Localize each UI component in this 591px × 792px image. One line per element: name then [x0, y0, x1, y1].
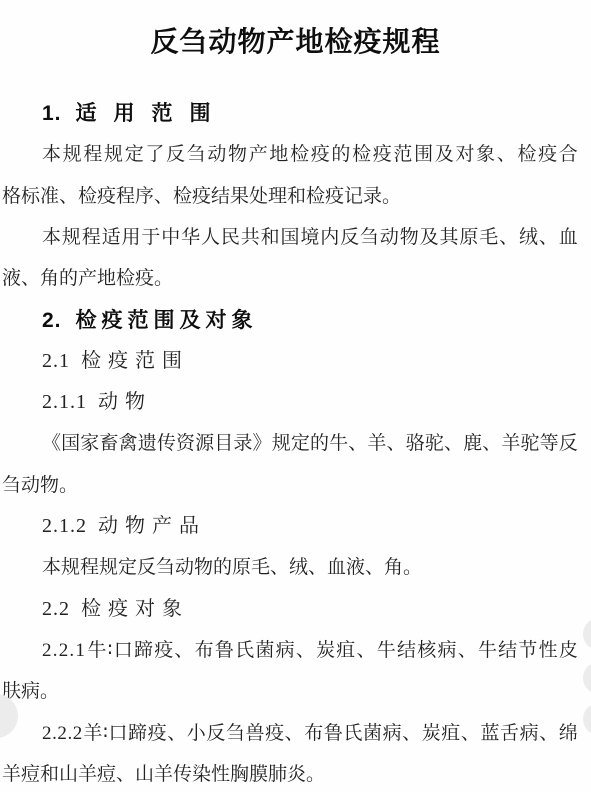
- section-label: 检疫对象: [81, 598, 189, 620]
- document-title: 反刍动物产地检疫规程: [0, 20, 591, 60]
- text-line: 羊痘和山羊痘、山羊传染性胸膜肺炎。: [2, 754, 578, 792]
- section-number: 2.2: [42, 598, 70, 620]
- text-line: 2.2.1 牛∶口蹄疫、布鲁氏菌病、炭疽、牛结核病、牛结节性皮: [2, 630, 578, 671]
- section-heading-line: 2.检疫范围及对象: [2, 300, 578, 341]
- section-label: 检疫范围: [81, 350, 189, 372]
- text-line: 本规程规定了反刍动物产地检疫的检疫范围及对象、检疫合: [2, 134, 578, 175]
- text-line: 液、角的产地检疫。: [2, 258, 578, 299]
- text-line: 格标准、检疫程序、检疫结果处理和检疫记录。: [2, 176, 578, 217]
- right-edge-artifact-circle: [583, 662, 591, 694]
- section-number: 2.: [42, 309, 62, 332]
- section-label: 动物: [98, 391, 152, 413]
- section-heading-line: 1.适用范围: [2, 93, 578, 134]
- document-page: 反刍动物产地检疫规程 1.适用范围本规程规定了反刍动物产地检疫的检疫范围及对象、…: [0, 0, 591, 792]
- section-number: 2.1.2: [42, 515, 87, 537]
- section-label: 动物产品: [98, 515, 206, 537]
- section-heading-line: 2.1.1动物: [2, 382, 578, 423]
- section-heading-line: 2.2检疫对象: [2, 589, 578, 630]
- section-number: 2.1.1: [42, 391, 87, 413]
- text-line: 本规程规定反刍动物的原毛、绒、血液、角。: [2, 547, 578, 588]
- text-line: 2.2.2 羊∶口蹄疫、小反刍兽疫、布鲁氏菌病、炭疽、蓝舌病、绵: [2, 713, 578, 754]
- text-line: 《国家畜禽遗传资源目录》规定的牛、羊、骆驼、鹿、羊驼等反: [2, 423, 578, 464]
- section-heading-line: 2.1检疫范围: [2, 341, 578, 382]
- right-edge-artifact-circle: [583, 703, 591, 735]
- text-line: 本规程适用于中华人民共和国境内反刍动物及其原毛、绒、血: [2, 217, 578, 258]
- section-label: 检疫范围及对象: [76, 309, 258, 332]
- section-label: 适用范围: [76, 102, 228, 125]
- text-line: 刍动物。: [2, 465, 578, 506]
- section-heading-line: 2.1.2动物产品: [2, 506, 578, 547]
- right-edge-artifact-circle: [583, 618, 591, 650]
- text-line: 肤病。: [2, 671, 578, 712]
- section-number: 2.1: [42, 350, 70, 372]
- section-number: 1.: [42, 102, 62, 125]
